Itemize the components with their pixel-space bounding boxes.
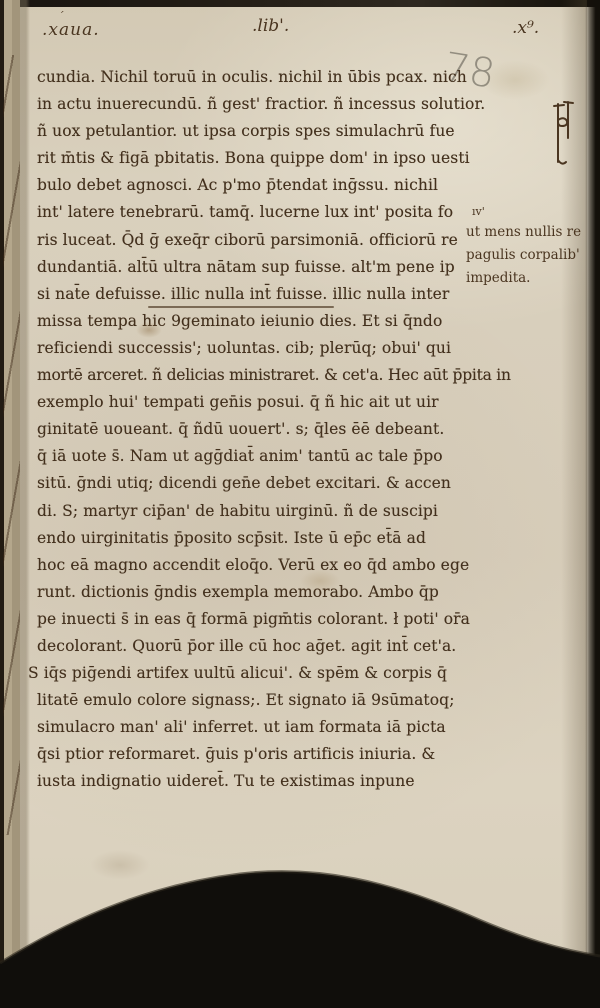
- underline-mark: [148, 306, 334, 308]
- margin-note-line: ut mens nullis re: [466, 221, 594, 244]
- margin-monogram-icon: [552, 100, 578, 168]
- margin-note-lines: ut mens nullis repagulis corpalib'impedi…: [466, 221, 594, 290]
- text-line: in actu inuerecundū. ñ gest' fractior. ñ…: [37, 91, 475, 118]
- text-line: bulo debet agnosci. Ac p'mo p̄tendat inḡ…: [37, 172, 475, 199]
- text-line: litatē emulo colore signass;. Et signato…: [37, 687, 475, 714]
- text-line: mortē arceret. ñ delicias ministraret. &…: [37, 362, 475, 389]
- text-line: int' latere tenebrarū. tamq̄. lucerne lu…: [37, 199, 475, 226]
- text-line: sitū. ḡndi utiq; dicendi gen̄e debet exc…: [37, 470, 475, 497]
- margin-note-mark: ıv': [472, 200, 594, 223]
- text-line: ñ uox petulantior. ut ipsa corpis spes s…: [37, 118, 475, 145]
- running-header: ˊ .xaua. .lib'. .x⁹.: [0, 16, 600, 46]
- text-block: cundia. Nichil toruū in oculis. nichil i…: [37, 64, 475, 796]
- running-title-right: .x⁹.: [512, 18, 539, 38]
- text-line: decolorant. Quorū p̄or ille cū hoc aḡet.…: [37, 633, 475, 660]
- text-line: q̄ iā uote s̄. Nam ut agḡdiat̄ anim' tan…: [37, 443, 475, 470]
- text-line: reficiendi successis'; uoluntas. cib; pl…: [37, 335, 475, 362]
- text-line: ris luceat. Q̄d ḡ exeq̄r ciborū parsimon…: [37, 227, 475, 254]
- text-line: si nat̄e defuisse. illic nulla int̄ fuis…: [37, 281, 475, 308]
- text-line: iusta indignatio uideret̄. Tu te existim…: [37, 768, 475, 795]
- text-line: dundantiā. alt̄ū ultra nātam sup fuisse.…: [37, 254, 475, 281]
- page-top-edge: [0, 0, 600, 7]
- header-tick-mark: ˊ: [58, 10, 65, 23]
- running-title-left-text: .xaua.: [42, 20, 100, 40]
- text-line: di. S; martyr cip̄an' de habitu uirginū.…: [37, 498, 475, 525]
- text-line: S iq̄s piḡendi artifex uultū alicui'. & …: [28, 660, 475, 687]
- margin-note-line: impedita.: [466, 267, 594, 290]
- text-line: runt. dictionis ḡndis exempla memorabo. …: [37, 579, 475, 606]
- text-line: hoc eā magno accendit eloq̄o. Verū ex eo…: [37, 552, 475, 579]
- text-line: pe inuecti s̄ in eas q̄ formā pigm̄tis c…: [37, 606, 475, 633]
- text-line: simulacro man' ali' inferret. ut iam for…: [37, 714, 475, 741]
- margin-note-line: pagulis corpalib': [466, 244, 594, 267]
- running-title-center: .lib'.: [252, 16, 289, 36]
- text-line: q̄si ptior reformaret. ḡuis p'oris artif…: [37, 741, 475, 768]
- facing-page-text-fragments: [3, 55, 20, 835]
- text-line: missa tempa hic 9geminato ieiunio dies. …: [37, 308, 475, 335]
- text-line: cundia. Nichil toruū in oculis. nichil i…: [37, 64, 475, 91]
- margin-note: ıv' ut mens nullis repagulis corpalib'im…: [466, 200, 594, 290]
- page-bottom-shadow: [0, 798, 600, 1008]
- running-title-left: ˊ .xaua.: [42, 20, 100, 40]
- text-line: exemplo hui' tempati gen̄is posui. q̄ ñ …: [37, 389, 475, 416]
- text-line: ginitatē uoueant. q̄ ñdū uouert'. s; q̄l…: [37, 416, 475, 443]
- text-line: endo uirginitatis p̄posito scp̄sit. Iste…: [37, 525, 475, 552]
- manuscript-page: ˊ .xaua. .lib'. .x⁹. 78 cundia. Nichil t…: [0, 0, 600, 1008]
- text-line: rit m̄tis & figā pbitatis. Bona quippe d…: [37, 145, 475, 172]
